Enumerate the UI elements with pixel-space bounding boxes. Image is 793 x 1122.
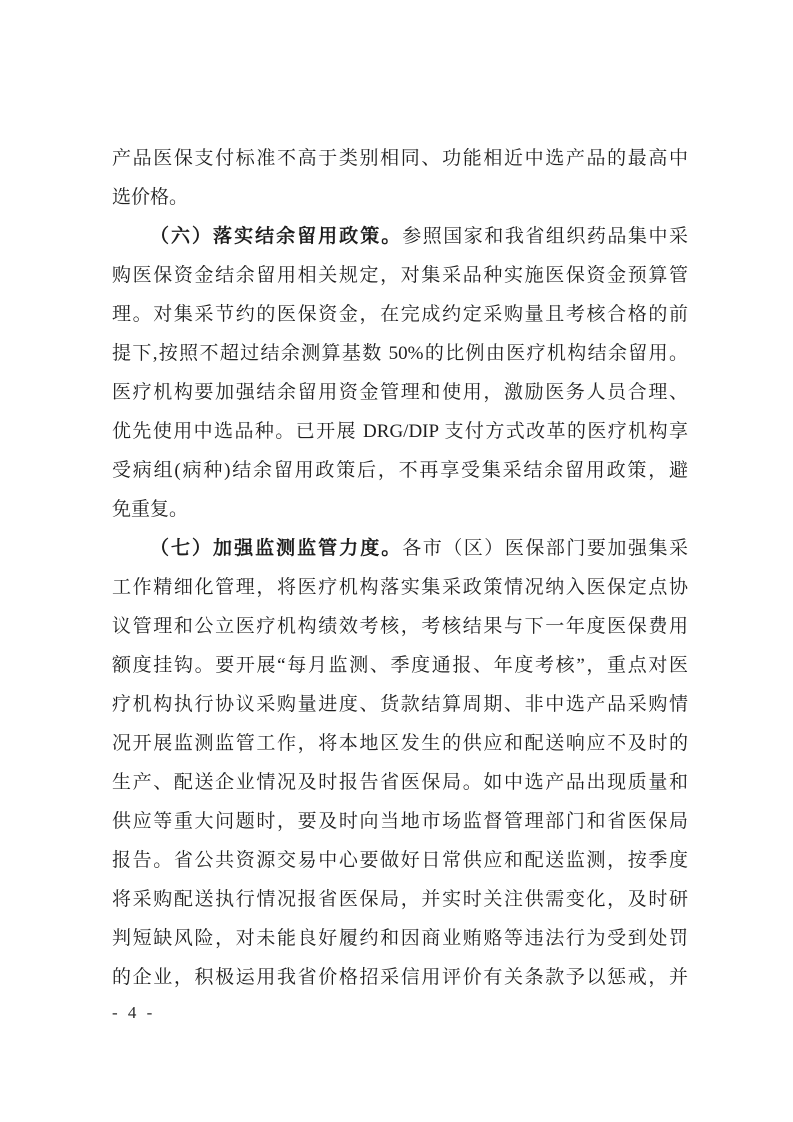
text-line: 受病组(病种)结余留用政策后，不再享受集采结余留用政策，避 <box>112 451 688 490</box>
text-line: 判短缺风险，对未能良好履约和因商业贿赂等违法行为受到处罚 <box>112 919 688 958</box>
text-line: 产品医保支付标准不高于类别相同、功能相近中选产品的最高中 <box>112 139 688 178</box>
text-line: 购医保资金结余留用相关规定，对集采品种实施医保资金预算管 <box>112 256 688 295</box>
text-line: 医疗机构要加强结余留用资金管理和使用，激励医务人员合理、 <box>112 373 688 412</box>
text-line: 提下,按照不超过结余测算基数 50%的比例由医疗机构结余留用。 <box>112 334 688 373</box>
page-number: - 4 - <box>112 1000 155 1026</box>
text-line: 将采购配送执行情况报省医保局，并实时关注供需变化，及时研 <box>112 880 688 919</box>
text-line: 生产、配送企业情况及时报告省医保局。如中选产品出现质量和 <box>112 763 688 802</box>
text-line: 报告。省公共资源交易中心要做好日常供应和配送监测，按季度 <box>112 841 688 880</box>
text-line: 供应等重大问题时，要及时向当地市场监督管理部门和省医保局 <box>112 802 688 841</box>
paragraph-seven-first-line: （七）加强监测监管力度。各市（区）医保部门要加强集采 <box>112 529 688 568</box>
text-line: 理。对集采节约的医保资金，在完成约定采购量且考核合格的前 <box>112 295 688 334</box>
paragraph-six-first-line: （六）落实结余留用政策。参照国家和我省组织药品集中采 <box>112 217 688 256</box>
text-line: 疗机构执行协议采购量进度、货款结算周期、非中选产品采购情 <box>112 685 688 724</box>
text-block: 产品医保支付标准不高于类别相同、功能相近中选产品的最高中 选价格。 （六）落实结… <box>112 139 688 997</box>
text-line: 额度挂钩。要开展“每月监测、季度通报、年度考核”，重点对医 <box>112 646 688 685</box>
text-line: 免重复。 <box>112 490 688 529</box>
text-line: 各市（区）医保部门要加强集采 <box>402 538 688 559</box>
text-line: 参照国家和我省组织药品集中采 <box>402 226 688 247</box>
text-line: 优先使用中选品种。已开展 DRG/DIP 支付方式改革的医疗机构享 <box>112 412 688 451</box>
section-six-heading: （六）落实结余留用政策。 <box>150 226 402 247</box>
document-page: 产品医保支付标准不高于类别相同、功能相近中选产品的最高中 选价格。 （六）落实结… <box>0 0 793 1122</box>
text-line: 选价格。 <box>112 178 688 217</box>
text-line: 的企业，积极运用我省价格招采信用评价有关条款予以惩戒，并 <box>112 958 688 997</box>
text-line: 议管理和公立医疗机构绩效考核，考核结果与下一年度医保费用 <box>112 607 688 646</box>
section-seven-heading: （七）加强监测监管力度。 <box>150 538 402 559</box>
text-line: 况开展监测监管工作，将本地区发生的供应和配送响应不及时的 <box>112 724 688 763</box>
text-line: 工作精细化管理，将医疗机构落实集采政策情况纳入医保定点协 <box>112 568 688 607</box>
